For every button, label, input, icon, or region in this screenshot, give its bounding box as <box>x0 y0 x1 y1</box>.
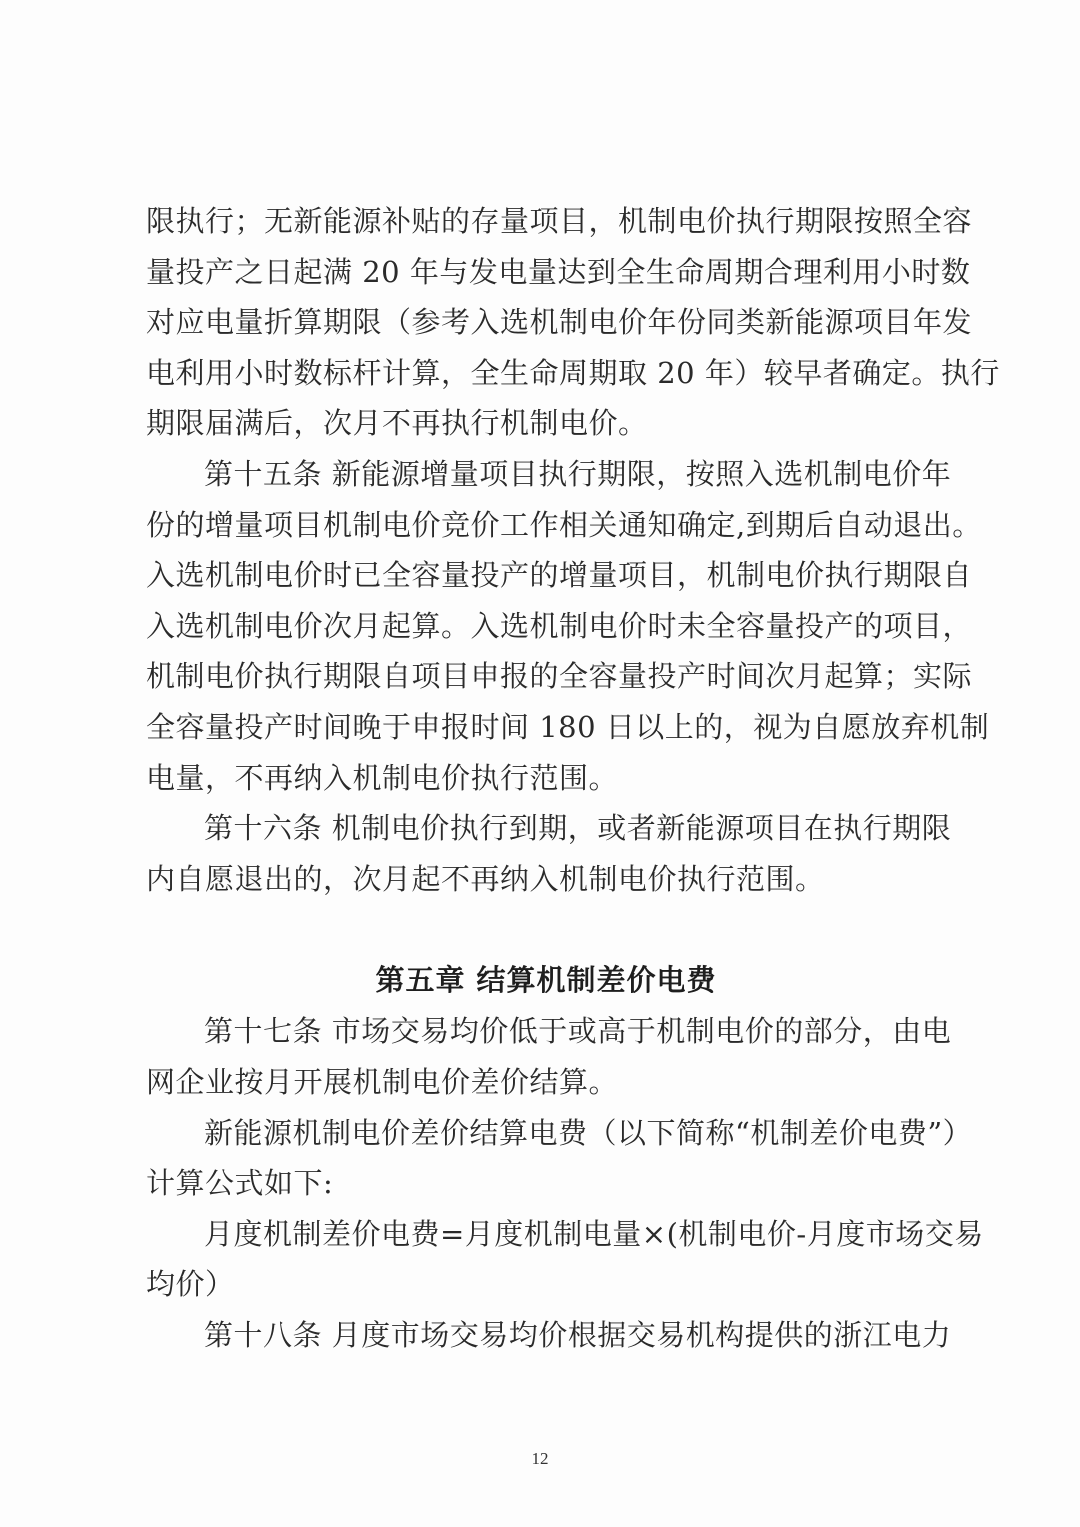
text-line: 均价） <box>146 1259 946 1310</box>
text-line: 电利用小时数标杆计算，全生命周期取 20 年）较早者确定。执行 <box>146 348 946 399</box>
text-line: 第十六条 机制电价执行到期，或者新能源项目在执行期限 <box>146 803 946 854</box>
text-line: 限执行；无新能源补贴的存量项目，机制电价执行期限按照全容 <box>146 196 946 247</box>
definition-paragraph: 新能源机制电价差价结算电费（以下简称“机制差价电费”） 计算公式如下: <box>146 1108 946 1209</box>
article-16: 第十六条 机制电价执行到期，或者新能源项目在执行期限 内自愿退出的，次月起不再纳… <box>146 803 946 904</box>
document-page: 限执行；无新能源补贴的存量项目，机制电价执行期限按照全容 量投产之日起满 20 … <box>0 0 1080 1527</box>
text-line: 份的增量项目机制电价竞价工作相关通知确定,到期后自动退出。 <box>146 500 946 551</box>
text-line: 第十七条 市场交易均价低于或高于机制电价的部分，由电 <box>146 1006 946 1057</box>
text-line: 入选机制电价次月起算。入选机制电价时未全容量投产的项目， <box>146 601 946 652</box>
text-line: 对应电量折算期限（参考入选机制电价年份同类新能源项目年发 <box>146 297 946 348</box>
text-line: 全容量投产时间晚于申报时间 180 日以上的，视为自愿放弃机制 <box>146 702 946 753</box>
chapter-title: 第五章 结算机制差价电费 <box>146 954 946 1006</box>
article-18: 第十八条 月度市场交易均价根据交易机构提供的浙江电力 <box>146 1310 946 1361</box>
text-line: 新能源机制电价差价结算电费（以下简称“机制差价电费”） <box>146 1108 946 1159</box>
formula-paragraph: 月度机制差价电费=月度机制电量×(机制电价-月度市场交易 均价） <box>146 1209 946 1310</box>
article-15: 第十五条 新能源增量项目执行期限，按照入选机制电价年 份的增量项目机制电价竞价工… <box>146 449 946 803</box>
text-line: 电量，不再纳入机制电价执行范围。 <box>146 753 946 804</box>
text-line: 网企业按月开展机制电价差价结算。 <box>146 1057 946 1108</box>
article-17: 第十七条 市场交易均价低于或高于机制电价的部分，由电 网企业按月开展机制电价差价… <box>146 1006 946 1107</box>
text-line: 内自愿退出的，次月起不再纳入机制电价执行范围。 <box>146 854 946 905</box>
document-body: 限执行；无新能源补贴的存量项目，机制电价执行期限按照全容 量投产之日起满 20 … <box>146 196 946 1360</box>
text-line: 入选机制电价时已全容量投产的增量项目，机制电价执行期限自 <box>146 550 946 601</box>
text-line: 月度机制差价电费=月度机制电量×(机制电价-月度市场交易 <box>146 1209 946 1260</box>
section-spacer <box>146 904 946 954</box>
text-line: 第十八条 月度市场交易均价根据交易机构提供的浙江电力 <box>146 1310 946 1361</box>
text-line: 期限届满后，次月不再执行机制电价。 <box>146 398 946 449</box>
text-line: 量投产之日起满 20 年与发电量达到全生命周期合理利用小时数 <box>146 247 946 298</box>
page-number: 12 <box>0 1449 1080 1469</box>
text-line: 机制电价执行期限自项目申报的全容量投产时间次月起算；实际 <box>146 651 946 702</box>
text-line: 第十五条 新能源增量项目执行期限，按照入选机制电价年 <box>146 449 946 500</box>
text-line: 计算公式如下: <box>146 1158 946 1209</box>
paragraph-continuation: 限执行；无新能源补贴的存量项目，机制电价执行期限按照全容 量投产之日起满 20 … <box>146 196 946 449</box>
